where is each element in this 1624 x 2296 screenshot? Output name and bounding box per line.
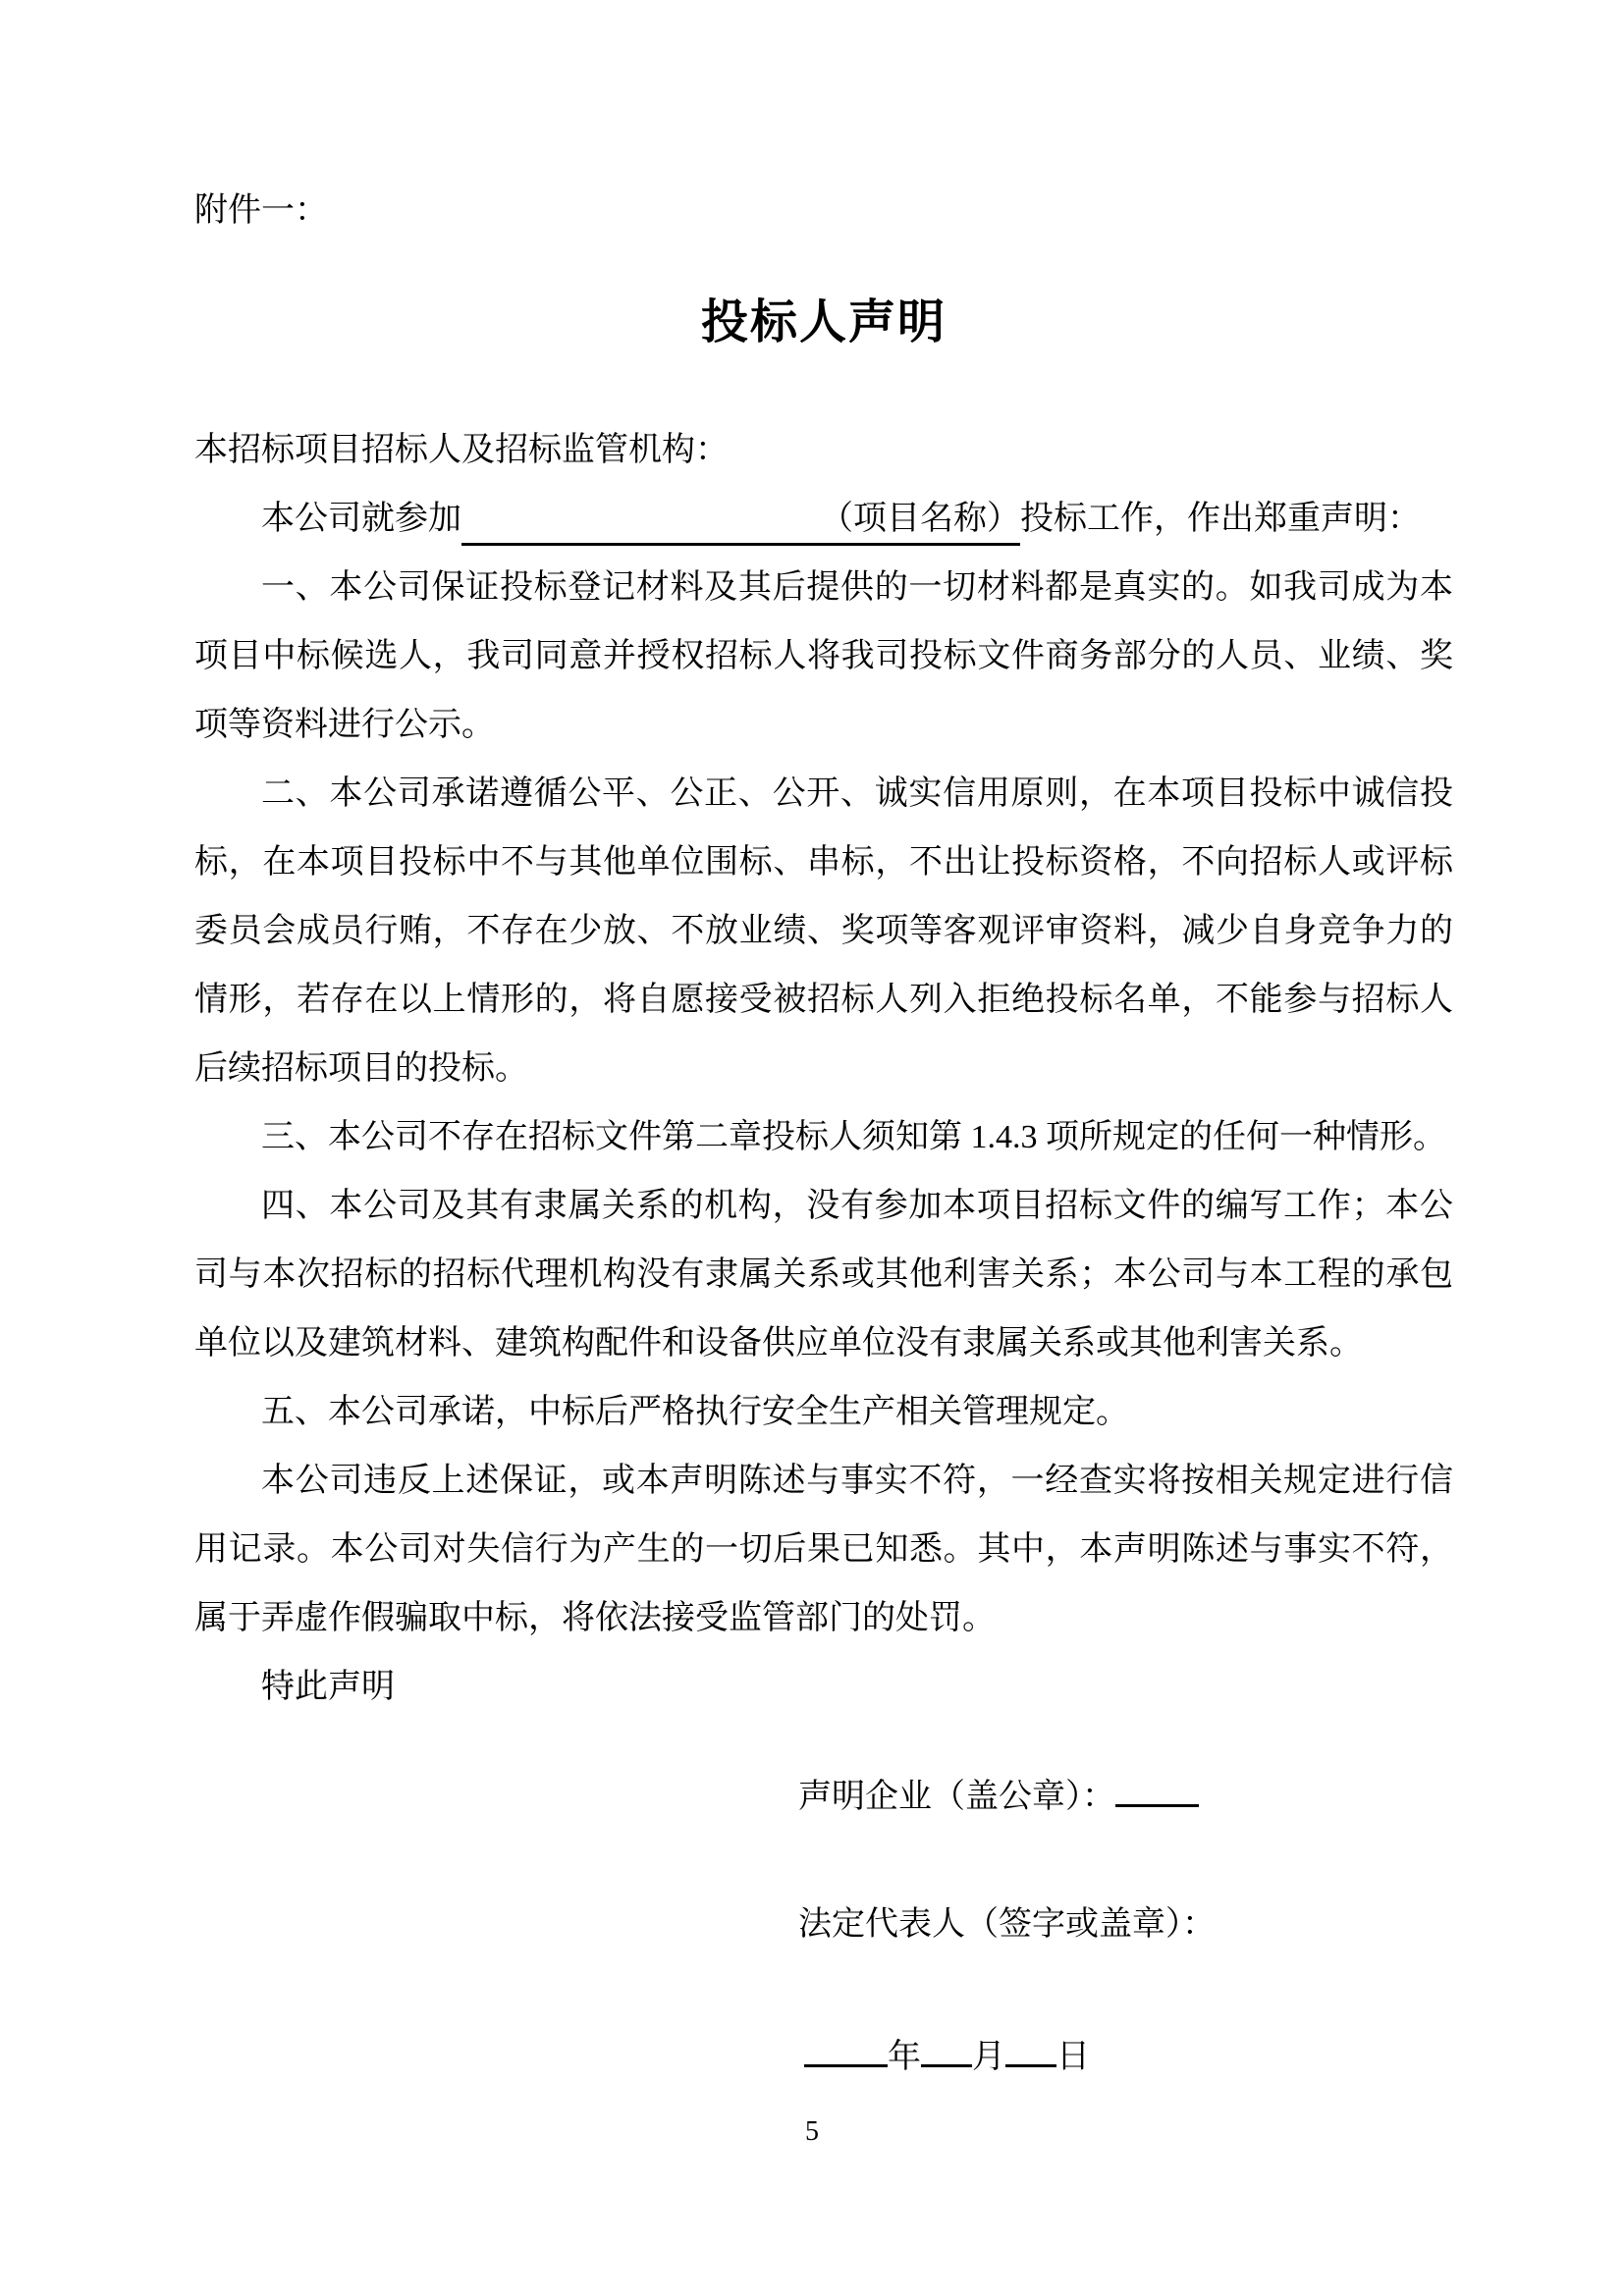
participation-line: 本公司就参加（项目名称）投标工作，作出郑重声明：	[194, 485, 1453, 554]
date-line: 年月日	[804, 2023, 1453, 2092]
attachment-label: 附件一：	[194, 188, 1453, 234]
project-name-underline: （项目名称）	[461, 498, 1020, 546]
clause-5: 五、本公司承诺，中标后严格执行安全生产相关管理规定。	[194, 1378, 1453, 1447]
company-seal-blank[interactable]	[1115, 1775, 1199, 1807]
clause-2: 二、本公司承诺遵循公平、公正、公开、诚实信用原则，在本项目投标中诚信投标，在本项…	[194, 760, 1453, 1103]
page-title: 投标人声明	[194, 291, 1453, 355]
signature-block: 声明企业（盖公章）： 法定代表人（签字或盖章）： 年月日	[194, 1763, 1453, 2092]
violation-paragraph: 本公司违反上述保证，或本声明陈述与事实不符，一经查实将按相关规定进行信用记录。本…	[194, 1447, 1453, 1653]
company-seal-line: 声明企业（盖公章）：	[798, 1763, 1453, 1832]
clause-4: 四、本公司及其有隶属关系的机构，没有参加本项目招标文件的编写工作；本公司与本次招…	[194, 1172, 1453, 1378]
hereby-declare-line: 特此声明	[194, 1653, 1453, 1722]
clause-3: 三、本公司不存在招标文件第二章投标人须知第 1.4.3 项所规定的任何一种情形。	[194, 1103, 1453, 1172]
legal-rep-line: 法定代表人（签字或盖章）：	[798, 1891, 1453, 1959]
intro-line: 本招标项目招标人及招标监管机构：	[194, 416, 1453, 485]
document-body: 本招标项目招标人及招标监管机构： 本公司就参加（项目名称）投标工作，作出郑重声明…	[194, 416, 1453, 1722]
participation-prefix: 本公司就参加	[261, 501, 461, 537]
document-page: 附件一： 投标人声明 本招标项目招标人及招标监管机构： 本公司就参加（项目名称）…	[0, 0, 1624, 2296]
page-number: 5	[0, 2116, 1624, 2148]
year-blank[interactable]	[804, 2035, 888, 2067]
project-name-label: （项目名称）	[820, 501, 1020, 537]
participation-suffix: 投标工作，作出郑重声明：	[1020, 501, 1421, 537]
clause-1: 一、本公司保证投标登记材料及其后提供的一切材料都是真实的。如我司成为本项目中标候…	[194, 554, 1453, 760]
year-label: 年	[888, 2039, 921, 2075]
month-label: 月	[972, 2039, 1005, 2075]
legal-rep-label: 法定代表人（签字或盖章）：	[798, 1906, 1216, 1943]
company-seal-label: 声明企业（盖公章）：	[798, 1779, 1115, 1815]
day-blank[interactable]	[1005, 2035, 1056, 2067]
project-name-blank[interactable]	[461, 500, 820, 529]
day-label: 日	[1056, 2039, 1090, 2075]
month-blank[interactable]	[921, 2035, 972, 2067]
